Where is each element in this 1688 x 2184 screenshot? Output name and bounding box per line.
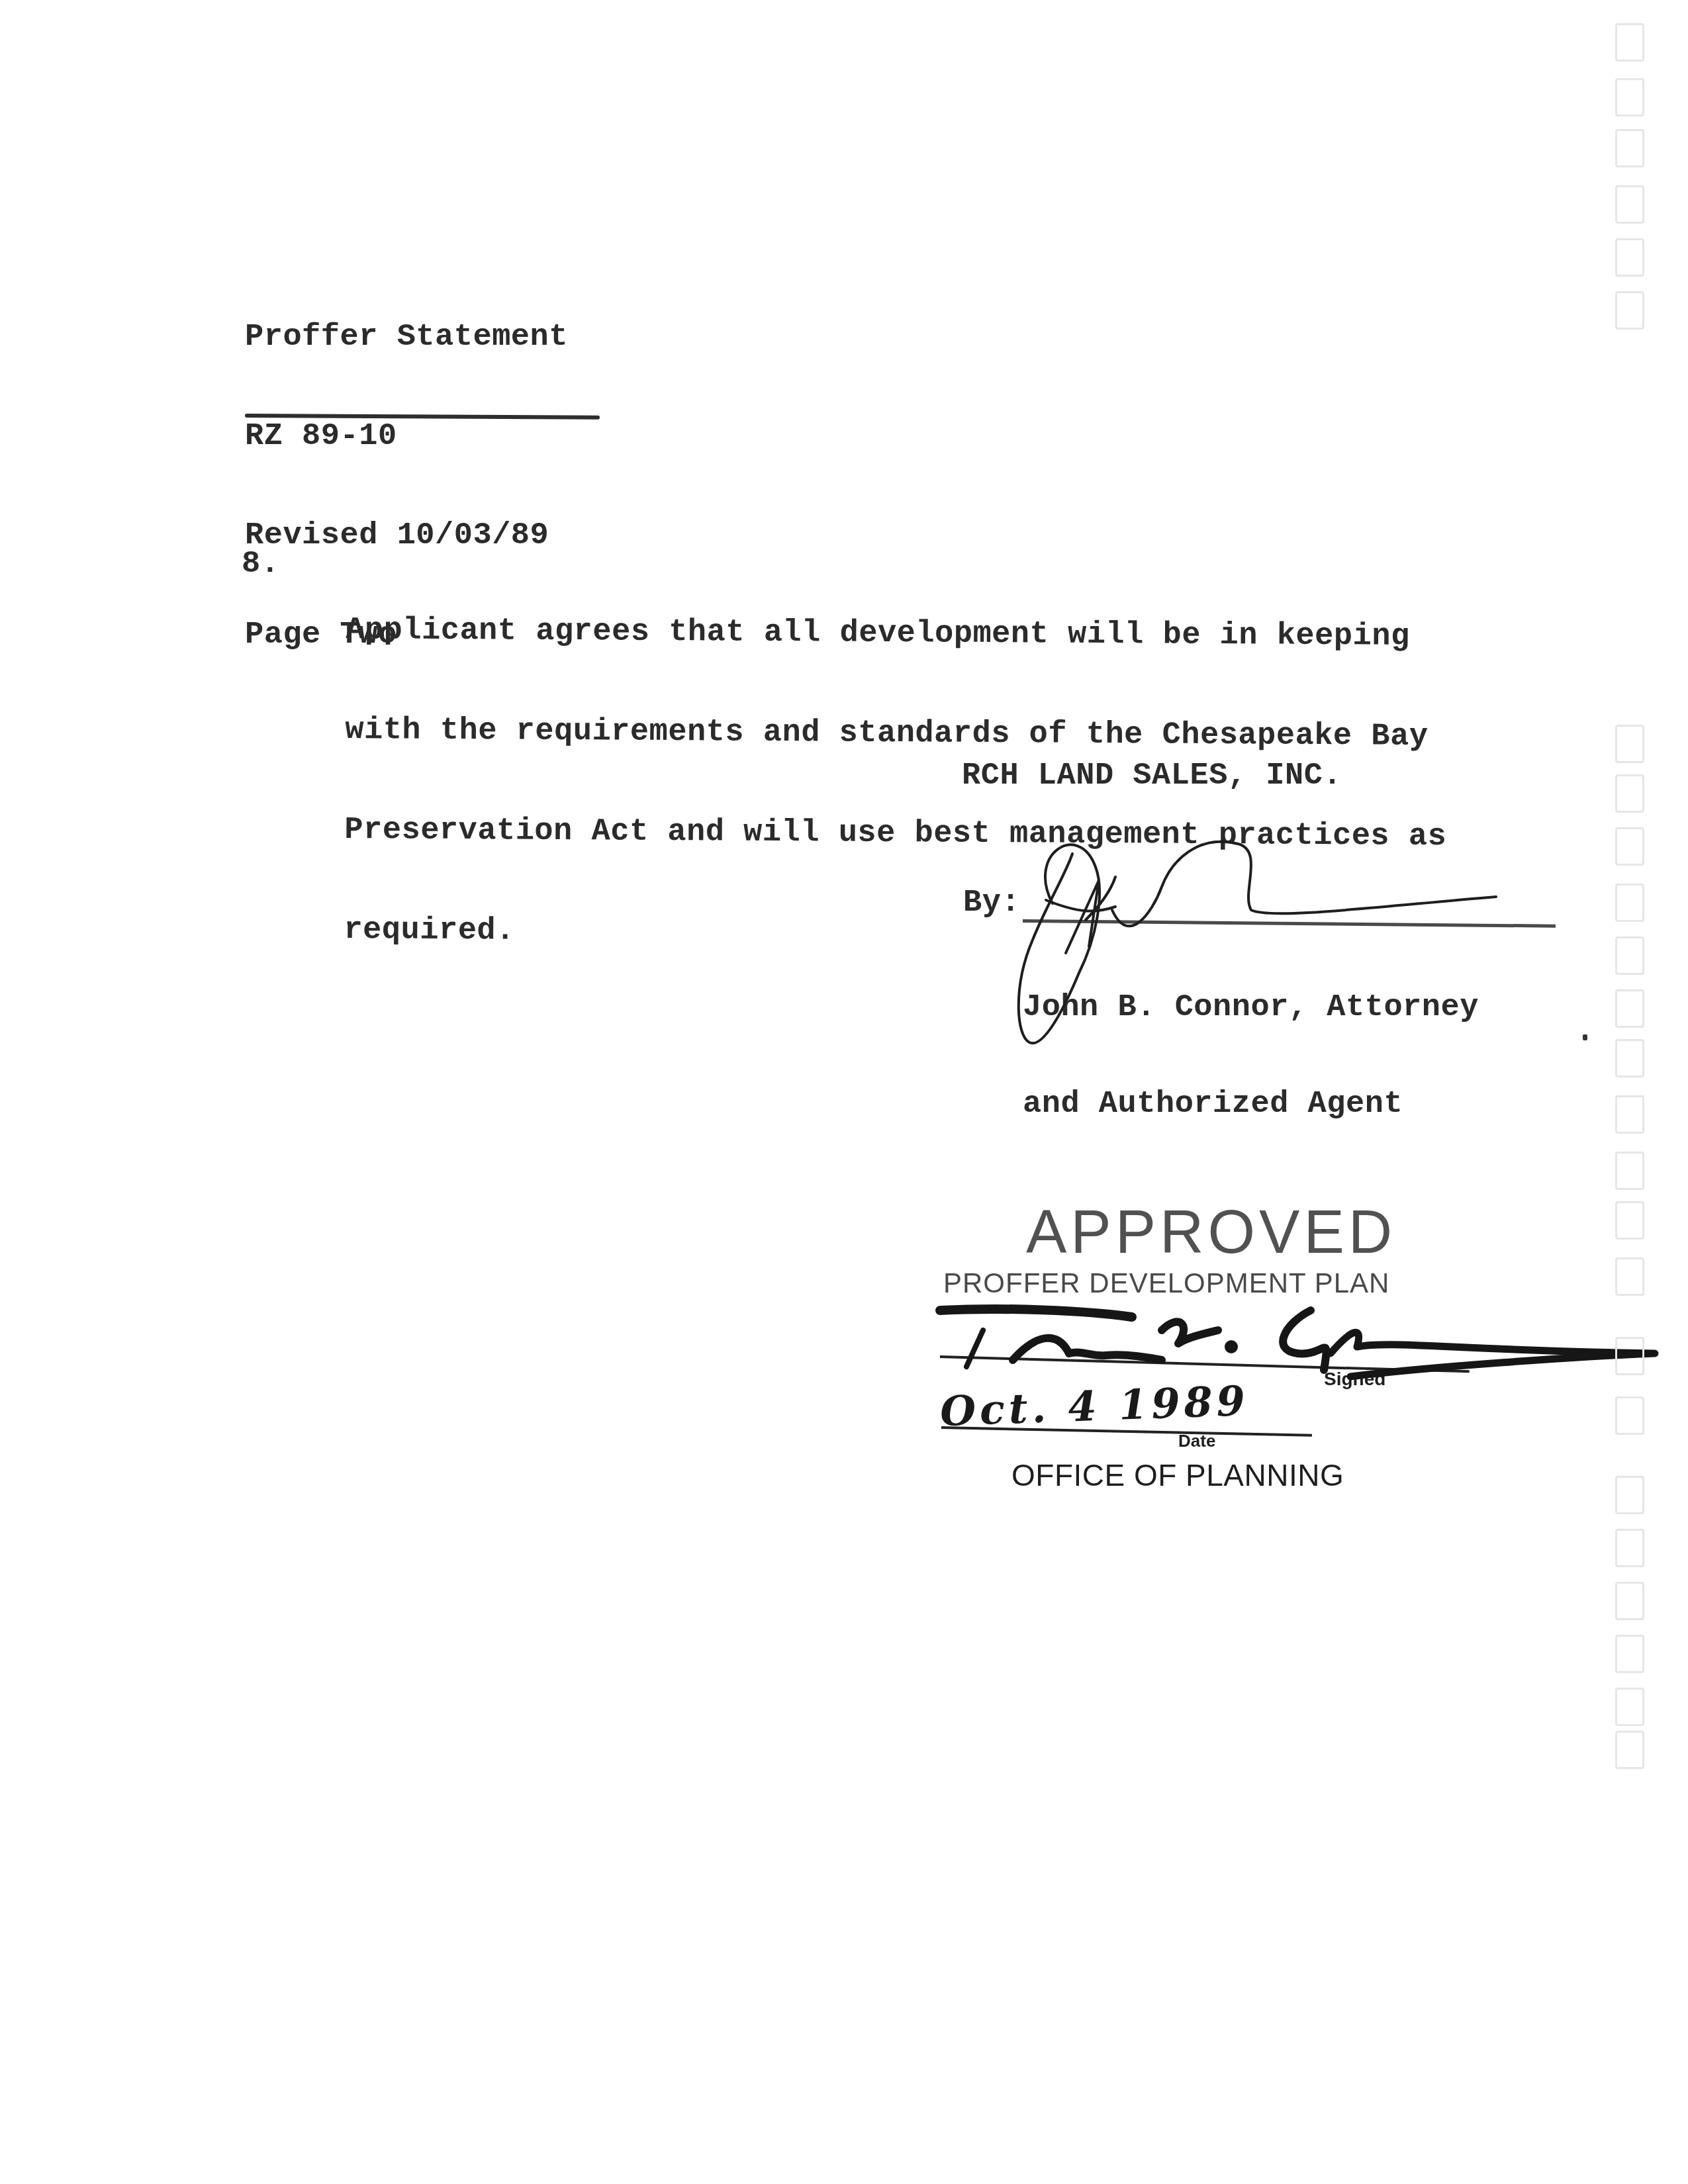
binder-hole-icon xyxy=(1615,1201,1644,1240)
binder-hole-icon xyxy=(1615,1396,1644,1435)
stamp-date-label: Date xyxy=(1178,1431,1215,1451)
company-name: RCH LAND SALES, INC. xyxy=(962,760,1342,793)
binder-hole-icon xyxy=(1615,238,1644,277)
item-line: Applicant agrees that all development wi… xyxy=(346,614,1448,655)
binder-hole-icon xyxy=(1615,1635,1644,1673)
binder-hole-icon xyxy=(1615,1529,1644,1567)
binder-hole-icon xyxy=(1615,129,1644,167)
binder-hole-icon xyxy=(1615,185,1644,224)
binder-hole-icon xyxy=(1615,774,1644,813)
binder-hole-icon xyxy=(1615,1582,1644,1620)
stamp-signed-label: Signed xyxy=(1324,1369,1385,1390)
binder-hole-icon xyxy=(1615,725,1644,763)
stray-mark xyxy=(1583,1034,1587,1040)
approval-stamp: APPROVED PROFFER DEVELOPMENT PLAN Signed… xyxy=(927,1185,1668,1502)
binder-hole-icon xyxy=(1615,884,1644,922)
binder-hole-icon xyxy=(1615,291,1644,330)
binder-hole-marks xyxy=(1615,0,1675,2184)
stamp-signed-line xyxy=(940,1355,1470,1373)
binder-hole-icon xyxy=(1615,1337,1644,1375)
signer-title: and Authorized Agent xyxy=(1023,1088,1479,1118)
binder-hole-icon xyxy=(1615,1731,1644,1769)
header-case-number: RZ 89-10 xyxy=(245,420,568,453)
binder-hole-icon xyxy=(1615,1688,1644,1726)
binder-hole-icon xyxy=(1615,23,1644,62)
binder-hole-icon xyxy=(1615,78,1644,116)
binder-hole-icon xyxy=(1615,1039,1644,1077)
signer-name: John B. Connor, Attorney xyxy=(1023,991,1479,1022)
by-label: By: xyxy=(963,887,1020,920)
item-line: Preservation Act and will use best manag… xyxy=(344,814,1446,854)
binder-hole-icon xyxy=(1615,1095,1644,1134)
header-title: Proffer Statement xyxy=(245,321,568,354)
binder-hole-icon xyxy=(1615,1257,1644,1296)
stamp-office: OFFICE OF PLANNING xyxy=(1011,1457,1344,1493)
item-line: with the requirements and standards of t… xyxy=(345,714,1447,754)
binder-hole-icon xyxy=(1615,1152,1644,1190)
proffer-item-8: 8. Applicant agrees that all development… xyxy=(242,548,1566,647)
binder-hole-icon xyxy=(1615,936,1644,975)
binder-hole-icon xyxy=(1615,827,1644,866)
stamp-subtitle: PROFFER DEVELOPMENT PLAN xyxy=(943,1267,1389,1299)
stamp-title: APPROVED xyxy=(1026,1198,1396,1267)
binder-hole-icon xyxy=(1615,1476,1644,1514)
signer-name-block: John B. Connor, Attorney and Authorized … xyxy=(1023,925,1479,1152)
item-number: 8. xyxy=(242,548,279,581)
binder-hole-icon xyxy=(1615,989,1644,1028)
